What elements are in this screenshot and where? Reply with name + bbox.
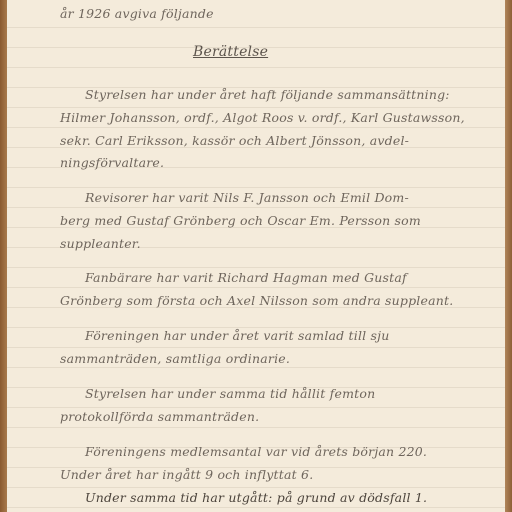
handwritten-page: år 1926 avgiva följande Berättelse Styre…	[7, 0, 505, 512]
scan-border-left	[0, 0, 7, 512]
text-line: Fanbärare har varit Richard Hagman med G…	[85, 270, 407, 285]
section-heading: Berättelse	[193, 44, 268, 60]
text-line: Hilmer Johansson, ordf., Algot Roos v. o…	[60, 110, 465, 125]
text-line: Under samma tid har utgått: på grund av …	[85, 490, 427, 505]
text-line: ningsförvaltare.	[60, 155, 164, 170]
text-line: protokollförda sammanträden.	[60, 409, 259, 424]
text-line: Revisorer har varit Nils F. Jansson och …	[85, 190, 409, 205]
text-line: berg med Gustaf Grönberg och Oscar Em. P…	[60, 213, 421, 228]
scan-border-right	[505, 0, 512, 512]
text-line: Föreningen har under året varit samlad t…	[85, 328, 390, 343]
text-line: sekr. Carl Eriksson, kassör och Albert J…	[60, 133, 409, 148]
text-line: Under året har ingått 9 och inflyttat 6.	[60, 467, 313, 482]
text-line: år 1926 avgiva följande	[60, 6, 214, 21]
text-line: Föreningens medlemsantal var vid årets b…	[85, 444, 427, 459]
text-line: suppleanter.	[60, 236, 141, 251]
text-line: Styrelsen har under året haft följande s…	[85, 87, 450, 102]
text-line: Grönberg som första och Axel Nilsson som…	[60, 293, 453, 308]
text-line: sammanträden, samtliga ordinarie.	[60, 351, 290, 366]
text-line: Styrelsen har under samma tid hållit fem…	[85, 386, 375, 401]
